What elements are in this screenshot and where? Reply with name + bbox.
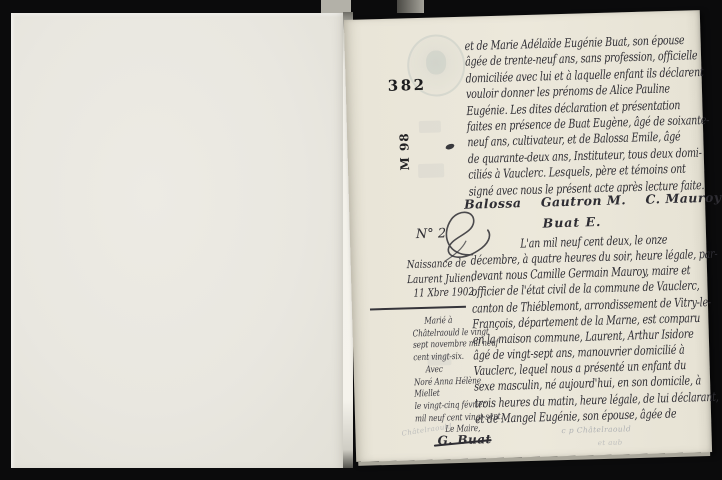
page-stack-edge-top-right <box>397 0 424 13</box>
registry-book-scan: 382 M 98 et de Marie Adélaïde Eugénie Bu… <box>0 0 722 480</box>
margin-marriage-note: Marié à Châtelraould le vingt sept novem… <box>412 312 517 436</box>
pencil-note: c p Châtelraould <box>561 424 631 435</box>
margin-act-title: Naissance de Laurent Julien. 11 Xbre 190… <box>407 257 494 303</box>
right-page: 382 M 98 et de Marie Adélaïde Eugénie Bu… <box>344 10 712 462</box>
act-text-block-end: et de Marie Adélaïde Eugénie Buat, son é… <box>464 33 700 201</box>
margin-act-number: N° 2 <box>416 226 447 242</box>
left-page <box>11 13 345 468</box>
bleed-through-mark <box>419 120 441 133</box>
page-number-stamp: 382 <box>388 76 427 95</box>
ink-smudge <box>445 143 455 151</box>
pencil-note-secondary: et aub <box>598 438 623 447</box>
margin-rule <box>370 306 466 311</box>
father-signature: Buat E. <box>542 214 601 231</box>
spine-mark-stamp: M 98 <box>397 126 412 176</box>
margin-title-line: 11 Xbre 1902. <box>413 286 493 303</box>
bleed-through-mark <box>418 163 444 178</box>
